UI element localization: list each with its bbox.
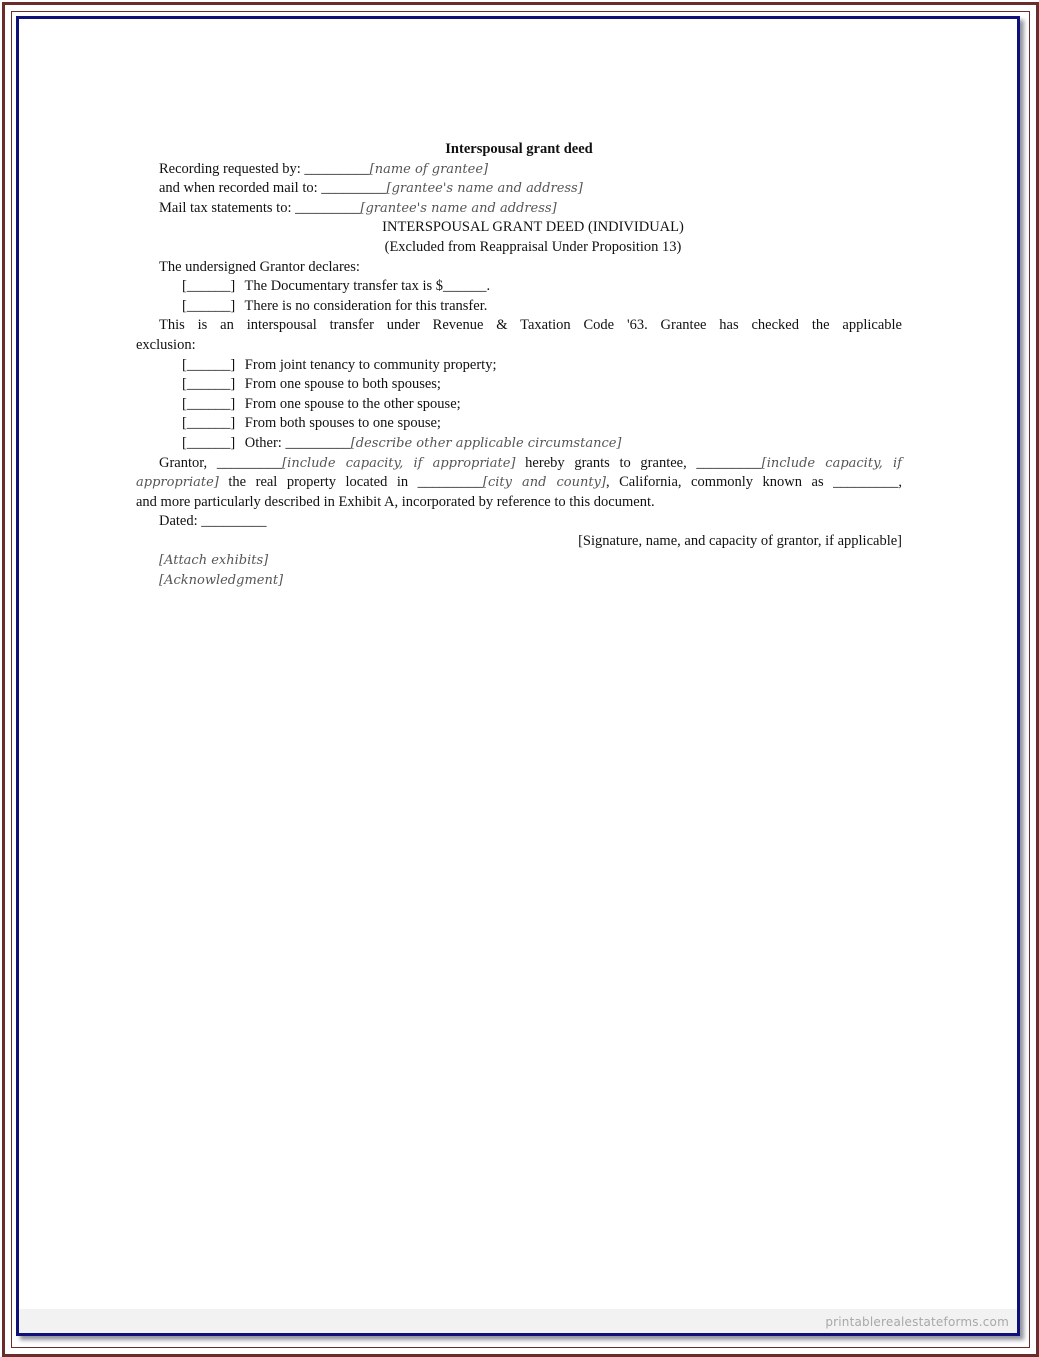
recording-requested-line: Recording requested by: _________[name o…	[136, 160, 902, 180]
watermark: printablerealestateforms.com	[825, 1315, 1009, 1329]
transfer-statement-line2: exclusion:	[136, 336, 902, 356]
checkbox-blank: [______]	[182, 298, 235, 314]
recording-requested-hint: [name of grantee]	[370, 162, 488, 177]
exclusion-item: [______] From one spouse to both spouses…	[136, 375, 902, 395]
checkbox-blank: [______]	[182, 357, 235, 373]
exclusion-item: [______] From one spouse to the other sp…	[136, 395, 902, 415]
checkbox-blank: [______]	[182, 415, 235, 431]
grant-part2: hereby grants to grantee, _________	[515, 455, 761, 471]
grant-part3: the real property located in _________	[219, 474, 483, 490]
declaration-text: The Documentary transfer tax is $______.	[245, 278, 491, 294]
exclusion-item-other: [______] Other: _________[describe other…	[136, 434, 902, 454]
grant-line2: appropriate] the real property located i…	[136, 473, 902, 493]
acknowledgment: [Acknowledgment]	[159, 573, 283, 588]
document-title: Interspousal grant deed	[136, 140, 902, 160]
grant-part4: , California, commonly known as ________…	[606, 474, 902, 490]
exclusion-text: From joint tenancy to community property…	[245, 357, 497, 373]
mail-to-line: and when recorded mail to: _________[gra…	[136, 179, 902, 199]
declaration-item: [______] There is no consideration for t…	[136, 297, 902, 317]
exclusion-item: [______] From both spouses to one spouse…	[136, 414, 902, 434]
tax-statements-line: Mail tax statements to: _________[grante…	[136, 199, 902, 219]
grant-hint3: [city and county]	[483, 475, 606, 490]
declaration-item: [______] The Documentary transfer tax is…	[136, 277, 902, 297]
mail-to-blank: _________	[318, 180, 387, 196]
deed-heading: INTERSPOUSAL GRANT DEED (INDIVIDUAL)	[136, 218, 902, 238]
other-label: Other: _________	[245, 435, 351, 451]
exclusion-text: From both spouses to one spouse;	[245, 415, 441, 431]
recording-requested-label: Recording requested by:	[159, 161, 301, 177]
checkbox-blank: [______]	[182, 396, 235, 412]
transfer-statement-line1: This is an interspousal transfer under R…	[136, 316, 902, 336]
declaration-text: There is no consideration for this trans…	[245, 298, 488, 314]
deed-document: Interspousal grant deed Recording reques…	[136, 140, 902, 591]
attach-exhibits: [Attach exhibits]	[159, 553, 268, 568]
deed-subheading: (Excluded from Reappraisal Under Proposi…	[136, 238, 902, 258]
grant-hint2a: [include capacity, if	[762, 456, 902, 471]
exclusion-item: [______] From joint tenancy to community…	[136, 356, 902, 376]
dated-line: Dated: _________	[136, 512, 902, 532]
mail-to-hint: [grantee's name and address]	[387, 181, 583, 196]
grant-part1: Grantor, _________	[159, 455, 282, 471]
other-hint: [describe other applicable circumstance]	[351, 436, 622, 451]
mail-to-label: and when recorded mail to:	[159, 180, 318, 196]
recording-requested-blank: _________	[301, 161, 370, 177]
grant-line3: and more particularly described in Exhib…	[136, 493, 902, 513]
grant-hint2b: appropriate]	[136, 475, 219, 490]
exclusion-text: From one spouse to both spouses;	[245, 376, 441, 392]
grant-hint1: [include capacity, if appropriate]	[282, 456, 515, 471]
exclusion-text: From one spouse to the other spouse;	[245, 396, 461, 412]
signature-line: [Signature, name, and capacity of granto…	[136, 532, 902, 552]
tax-statements-label: Mail tax statements to:	[159, 200, 292, 216]
checkbox-blank: [______]	[182, 435, 235, 451]
footer-band: printablerealestateforms.com	[19, 1309, 1017, 1333]
grant-line1: Grantor, _________[include capacity, if …	[136, 454, 902, 474]
tax-statements-hint: [grantee's name and address]	[360, 201, 556, 216]
tax-statements-blank: _________	[292, 200, 361, 216]
grantor-declares: The undersigned Grantor declares:	[136, 258, 902, 278]
checkbox-blank: [______]	[182, 278, 235, 294]
checkbox-blank: [______]	[182, 376, 235, 392]
